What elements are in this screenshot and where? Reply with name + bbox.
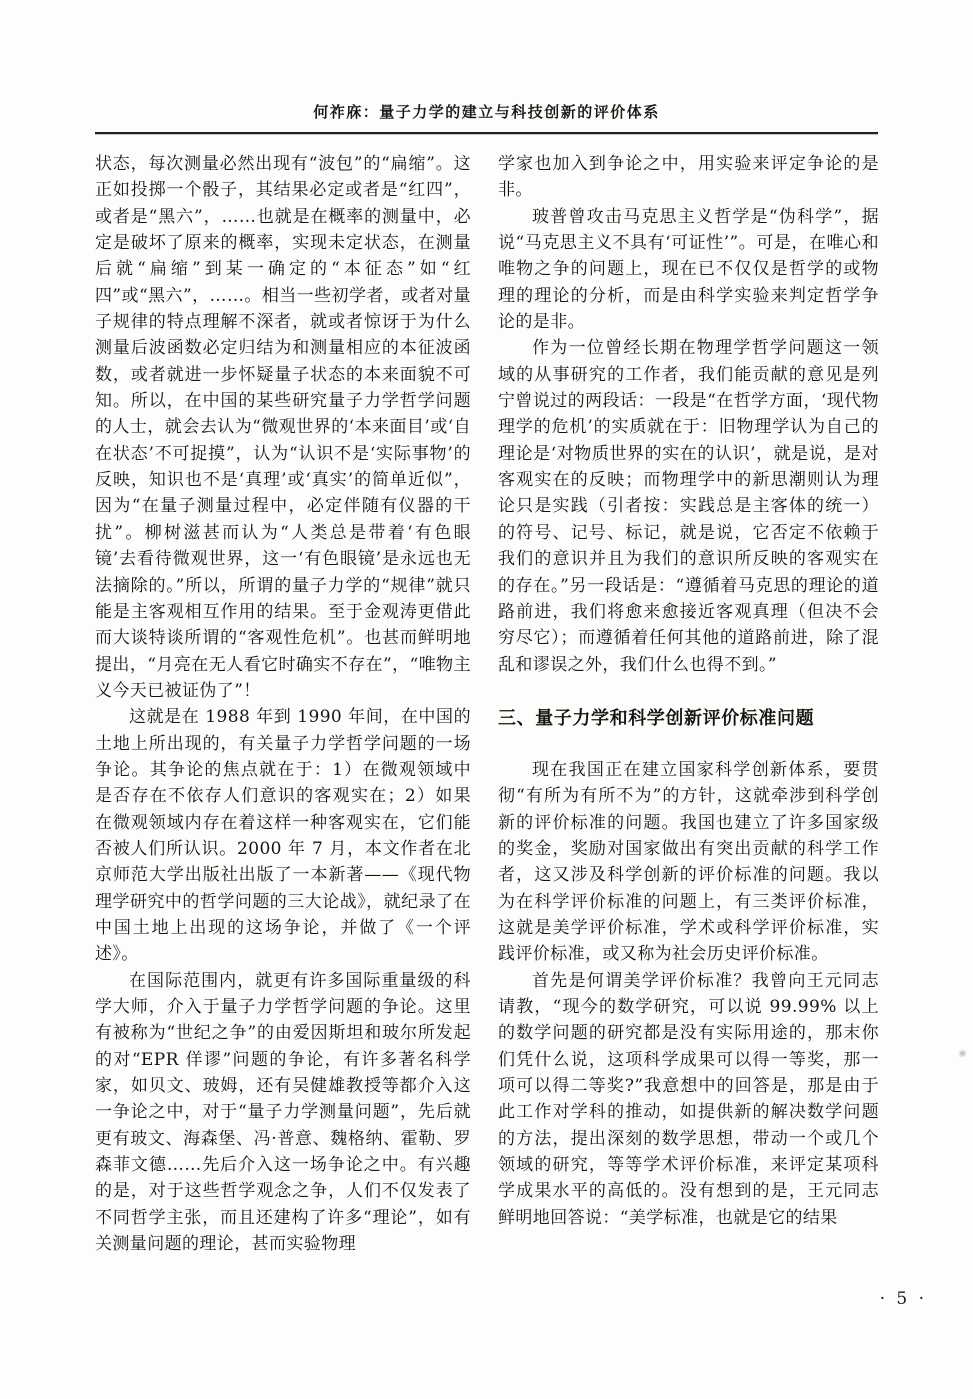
right-column: 学家也加入到争论之中，用实验来评定争论的是非。 玻普曾攻击马克思主义哲学是“伪科… xyxy=(498,151,879,1257)
paragraph-continuation: 学家也加入到争论之中，用实验来评定争论的是非。 xyxy=(498,151,879,204)
section-heading: 三、量子力学和科学创新评价标准问题 xyxy=(498,704,879,730)
paragraph: 在国际范围内，就更有许多国际重量级的科学大师，介入于量子力学哲学问题的争论。这里… xyxy=(95,968,471,1258)
running-title: 何祚庥：量子力学的建立与科技创新的评价体系 xyxy=(0,101,973,122)
scan-artifact xyxy=(958,1049,967,1058)
two-column-body: 状态，每次测量必然出现有“波包”的“扁缩”。这正如投掷一个骰子，其结果必定或者是… xyxy=(95,151,973,1257)
scanned-journal-page: 何祚庥：量子力学的建立与科技创新的评价体系 状态，每次测量必然出现有“波包”的“… xyxy=(0,0,973,1399)
paragraph-continuation: 状态，每次测量必然出现有“波包”的“扁缩”。这正如投掷一个骰子，其结果必定或者是… xyxy=(95,151,471,704)
paragraph: 玻普曾攻击马克思主义哲学是“伪科学”，据说“马克思主义不具有‘可证性’”。可是，… xyxy=(498,204,879,336)
header-rule xyxy=(95,132,878,134)
paragraph: 作为一位曾经长期在物理学哲学问题这一领域的从事研究的工作者，我们能贡献的意见是列… xyxy=(498,335,879,677)
page-header: 何祚庥：量子力学的建立与科技创新的评价体系 xyxy=(0,0,973,134)
paragraph: 现在我国正在建立国家科学创新体系，要贯彻“有所为有所不为”的方针，这就牵涉到科学… xyxy=(498,757,879,968)
paragraph: 首先是何谓美学评价标准？我曾向王元同志请教，“现今的数学研究，可以说 99.99… xyxy=(498,968,879,1231)
page-number: · 5 · xyxy=(880,1289,927,1309)
paragraph: 这就是在 1988 年到 1990 年间，在中国的土地上所出现的，有关量子力学哲… xyxy=(95,704,471,967)
left-column: 状态，每次测量必然出现有“波包”的“扁缩”。这正如投掷一个骰子，其结果必定或者是… xyxy=(95,151,471,1257)
